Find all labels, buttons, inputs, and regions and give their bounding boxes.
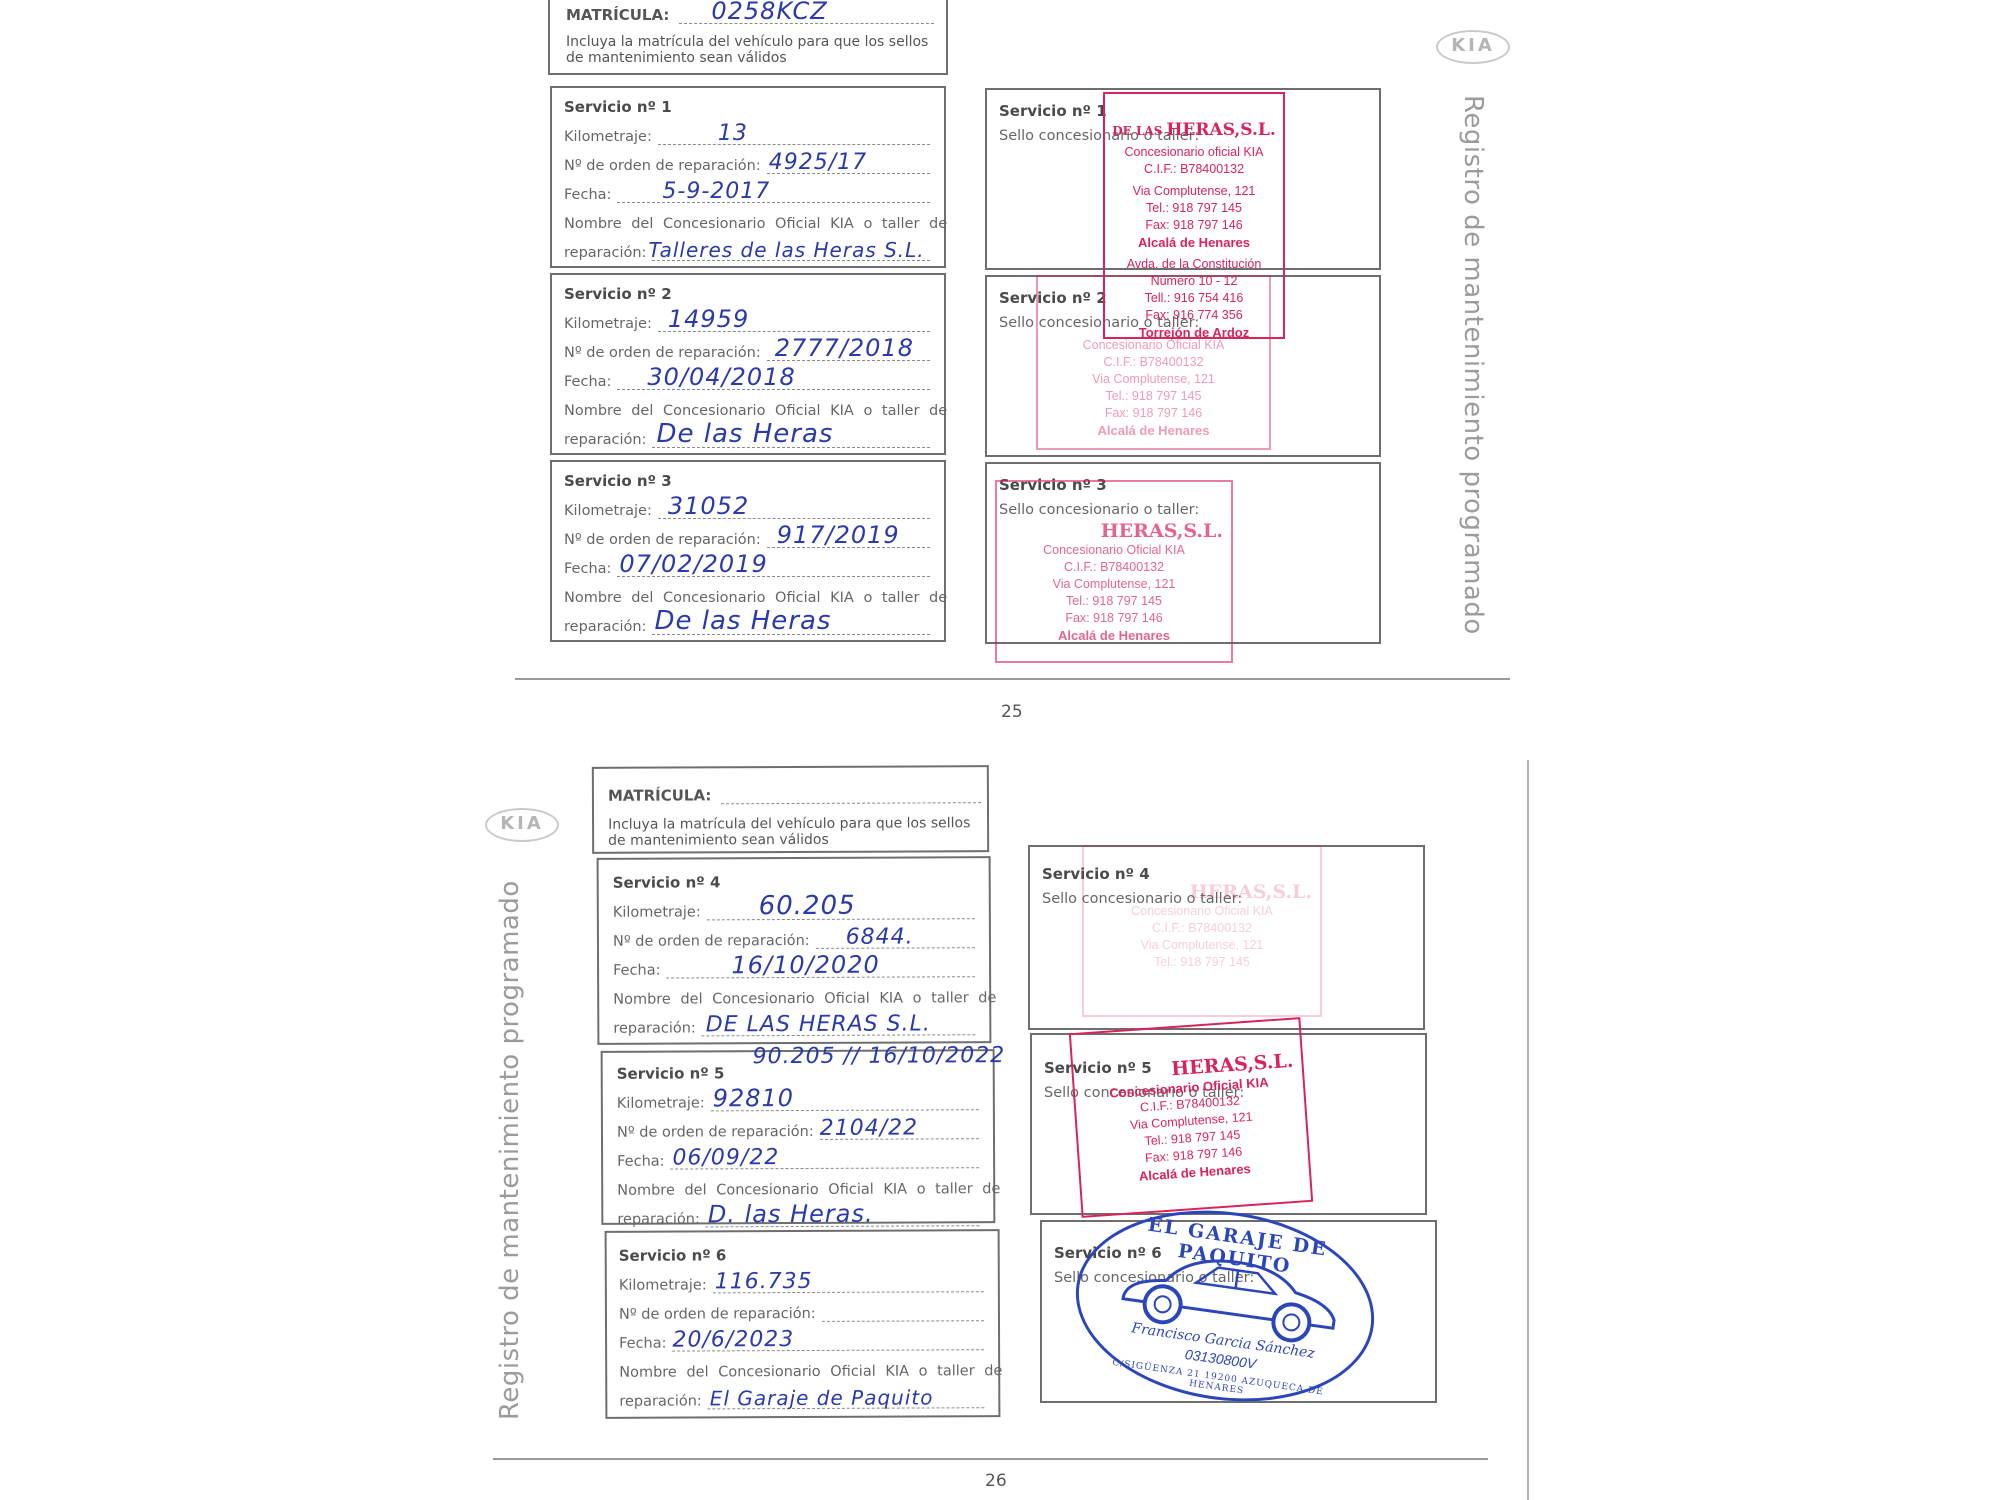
kilometraje-value: 13: [718, 121, 748, 146]
taller-field[interactable]: De las Heras: [652, 431, 930, 448]
orden-label: Nº de orden de reparación:: [564, 345, 761, 361]
dealer-stamp-3: HERAS,S.L. Concesionario Oficial KIA C.I…: [995, 480, 1233, 663]
nombre-label-line1: Nombre del Concesionario Oficial KIA o t…: [564, 577, 930, 606]
service-title: Servicio nº 3: [564, 472, 930, 490]
nombre-label-line2: reparación:: [617, 1211, 700, 1227]
orden-label: Nº de orden de reparación:: [619, 1306, 816, 1323]
stamp-prefix: DE LAS: [1112, 124, 1162, 138]
stamp-line: Fax: 918 797 146: [1038, 405, 1269, 422]
service-box-4: Servicio nº 4 Kilometraje:60.205 Nº de o…: [597, 856, 992, 1045]
nombre-label-line2: reparación:: [564, 245, 646, 261]
fecha-field[interactable]: 06/09/22: [670, 1151, 979, 1169]
nombre-label-line1: Nombre del Concesionario Oficial KIA o t…: [613, 977, 975, 1008]
orden-value: 6844.: [846, 924, 914, 949]
fecha-label: Fecha:: [564, 561, 611, 577]
service-box-6: Servicio nº 6 Kilometraje:116.735 Nº de …: [605, 1229, 1001, 1419]
service-box-3: Servicio nº 3 Kilometraje:31052 Nº de or…: [550, 460, 946, 642]
matricula-label: MATRÍCULA:: [608, 786, 711, 804]
matricula-label: MATRÍCULA:: [566, 6, 669, 24]
fecha-label: Fecha:: [564, 187, 611, 203]
kilometraje-label: Kilometraje:: [613, 904, 701, 920]
nombre-label-line2: reparación:: [619, 1393, 702, 1409]
fecha-value: 30/04/2018: [647, 363, 795, 391]
nombre-label-line2: reparación:: [564, 619, 646, 635]
orden-label: Nº de orden de reparación:: [564, 158, 761, 174]
orden-value: 4925/17: [769, 150, 867, 175]
fecha-field[interactable]: 30/04/2018: [617, 373, 930, 390]
dealer-stamp-5: HERAS,S.L. Concesionario Oficial KIA C.I…: [1069, 1017, 1313, 1218]
dealer-stamp-1: DE LAS HERAS,S.L. Concesionario oficial …: [1103, 92, 1285, 339]
taller-field[interactable]: Talleres de las Heras S.L.: [652, 244, 930, 261]
stamp-line: Fax: 918 797 146: [1105, 217, 1283, 234]
page-number: 26: [985, 1471, 1007, 1491]
fecha-value: 07/02/2019: [619, 550, 767, 578]
taller-field[interactable]: DE LAS HERAS S.L.: [702, 1018, 976, 1036]
kilometraje-field[interactable]: 13: [658, 128, 930, 145]
taller-value: DE LAS HERAS S.L.: [706, 1011, 931, 1037]
taller-value: D. las Heras.: [708, 1200, 874, 1229]
kilometraje-label: Kilometraje:: [617, 1095, 705, 1111]
matricula-value: 0258KCZ: [711, 0, 827, 25]
kilometraje-value: 92810: [713, 1084, 794, 1112]
service-title: Servicio nº 1: [564, 98, 930, 116]
taller-field[interactable]: De las Heras: [652, 618, 930, 635]
kia-logo: KIA: [485, 808, 559, 842]
service-title: Servicio nº 5: [617, 1063, 979, 1083]
service-title: Servicio nº 2: [564, 285, 930, 303]
fecha-field[interactable]: 5-9-2017: [617, 186, 930, 203]
stamp-name: HERAS,S.L.: [1084, 881, 1320, 903]
kilometraje-label: Kilometraje:: [564, 129, 652, 145]
fecha-field[interactable]: 16/10/2020: [666, 960, 975, 978]
kilometraje-value: 31052: [668, 492, 749, 520]
taller-value: De las Heras: [656, 419, 833, 449]
matricula-field[interactable]: [721, 786, 981, 804]
orden-value: 917/2019: [777, 521, 900, 549]
page-number: 25: [1001, 702, 1023, 722]
stamp-name: HERAS,S.L.: [1166, 120, 1275, 140]
taller-field[interactable]: El Garaje de Paquito: [708, 1391, 985, 1409]
stamp-line: Tel.: 918 797 145: [1105, 200, 1283, 217]
orden-value: 2777/2018: [775, 334, 914, 362]
matricula-hint: Incluya la matrícula del vehículo para q…: [608, 815, 983, 849]
kilometraje-value: 60.205: [759, 891, 856, 921]
taller-value: El Garaje de Paquito: [710, 1385, 934, 1410]
fecha-value: 20/6/2023: [672, 1327, 794, 1353]
stamp-line: Avda. de la Constitución: [1105, 256, 1283, 273]
stamp-line: Alcalá de Henares: [997, 627, 1231, 644]
fecha-value: 5-9-2017: [662, 179, 770, 204]
stamp-line: Via Complutense, 121: [997, 576, 1231, 593]
page-edge: [1527, 760, 1529, 1500]
stamp-line: Concesionario oficial KIA: [1105, 144, 1283, 161]
fecha-field[interactable]: 20/6/2023: [672, 1333, 984, 1351]
kia-logo: KIA: [1436, 30, 1510, 64]
page-divider: [493, 1458, 1488, 1460]
taller-value: Talleres de las Heras S.L.: [648, 238, 924, 262]
page-divider: [515, 678, 1510, 680]
stamp-line: Número 10 - 12: [1105, 273, 1283, 290]
fecha-label: Fecha:: [619, 1336, 666, 1352]
nombre-label-line1: Nombre del Concesionario Oficial KIA o t…: [564, 203, 930, 232]
stamp-line: Tel.: 918 797 145: [1038, 388, 1269, 405]
fecha-field[interactable]: 07/02/2019: [617, 560, 930, 577]
nombre-label-line2: reparación:: [613, 1020, 696, 1036]
kilometraje-field[interactable]: 31052: [658, 502, 930, 519]
kilometraje-field[interactable]: 116.735: [713, 1275, 984, 1293]
orden-field[interactable]: 2777/2018: [767, 344, 930, 361]
fecha-label: Fecha:: [613, 963, 660, 979]
orden-field[interactable]: 2104/22: [820, 1122, 979, 1140]
service-box-2: Servicio nº 2 Kilometraje:14959 Nº de or…: [550, 273, 946, 455]
kilometraje-field[interactable]: 60.205: [707, 902, 975, 920]
stamp-line: Alcalá de Henares: [1105, 234, 1283, 251]
fecha-label: Fecha:: [617, 1154, 664, 1170]
service-box-5: 90.205 // 16/10/2022 Servicio nº 5 Kilom…: [601, 1049, 996, 1225]
orden-label: Nº de orden de reparación:: [613, 933, 810, 950]
stamp-name: HERAS,S.L.: [997, 520, 1231, 542]
stamp-line: Via Complutense, 121: [1105, 183, 1283, 200]
nombre-label-line2: reparación:: [564, 432, 646, 448]
orden-field[interactable]: [822, 1304, 984, 1322]
taller-value: De las Heras: [654, 606, 831, 636]
nombre-label-line1: Nombre del Concesionario Oficial KIA o t…: [619, 1350, 984, 1381]
section-title-vertical: Registro de mantenimiento programado: [1458, 95, 1488, 655]
stamp-line: Tell.: 916 754 416: [1105, 290, 1283, 307]
orden-field[interactable]: 6844.: [816, 931, 975, 949]
kilometraje-label: Kilometraje:: [564, 316, 652, 332]
dealer-stamp-4: HERAS,S.L. Concesionario Oficial KIA C.I…: [1082, 845, 1322, 1017]
service-title: Servicio nº 6: [619, 1245, 984, 1265]
kilometraje-field[interactable]: 92810: [711, 1093, 979, 1111]
kilometraje-value: 14959: [668, 305, 749, 333]
stamp-line: Concesionario Oficial KIA: [997, 542, 1231, 559]
fecha-value: 06/09/22: [672, 1145, 779, 1170]
fecha-label: Fecha:: [564, 374, 611, 390]
kilometraje-value: 116.735: [715, 1269, 813, 1294]
matricula-hint: Incluya la matrícula del vehículo para q…: [566, 34, 941, 66]
service-title: Servicio nº 4: [613, 872, 975, 892]
stamp-line: Via Complutense, 121: [1038, 371, 1269, 388]
stamp-line: Fax: 918 797 146: [997, 610, 1231, 627]
matricula-box-p26: MATRÍCULA: Incluya la matrícula del vehí…: [592, 765, 989, 854]
service-box-1: Servicio nº 1 Kilometraje:13 Nº de orden…: [550, 86, 946, 268]
fecha-value: 16/10/2020: [731, 951, 879, 980]
taller-field[interactable]: D. las Heras.: [706, 1209, 980, 1227]
matricula-field[interactable]: 0258KCZ: [679, 7, 934, 24]
orden-value: 2104/22: [820, 1115, 919, 1140]
stamp-line: Concesionario Oficial KIA: [1084, 903, 1320, 920]
kilometraje-field[interactable]: 14959: [658, 315, 930, 332]
orden-field[interactable]: 4925/17: [767, 157, 930, 174]
stamp-line: C.I.F.: B78400132: [997, 559, 1231, 576]
stamp-line: C.I.F.: B78400132: [1084, 920, 1320, 937]
stamp-line: Alcalá de Henares: [1038, 422, 1269, 439]
stamp-line: Tel.: 918 797 145: [1084, 954, 1320, 971]
nombre-label-line1: Nombre del Concesionario Oficial KIA o t…: [564, 390, 930, 419]
kilometraje-label: Kilometraje:: [619, 1277, 707, 1293]
stamp-line: C.I.F.: B78400132: [1105, 161, 1283, 178]
kilometraje-label: Kilometraje:: [564, 503, 652, 519]
matricula-box-p25: MATRÍCULA: 0258KCZ Incluya la matrícula …: [548, 0, 948, 75]
stamp-line: C.I.F.: B78400132: [1038, 354, 1269, 371]
section-title-vertical: Registro de mantenimiento programado: [495, 860, 525, 1420]
nombre-label-line1: Nombre del Concesionario Oficial KIA o t…: [617, 1168, 979, 1199]
stamp-line: Torrejón de Ardoz: [1105, 324, 1283, 341]
orden-label: Nº de orden de reparación:: [564, 532, 761, 548]
stamp-line: Via Complutense, 121: [1084, 937, 1320, 954]
orden-field[interactable]: 917/2019: [767, 531, 930, 548]
stamp-line: Tel.: 918 797 145: [997, 593, 1231, 610]
stamp-line: Fax: 916 774 356: [1105, 307, 1283, 324]
orden-label: Nº de orden de reparación:: [617, 1124, 814, 1141]
